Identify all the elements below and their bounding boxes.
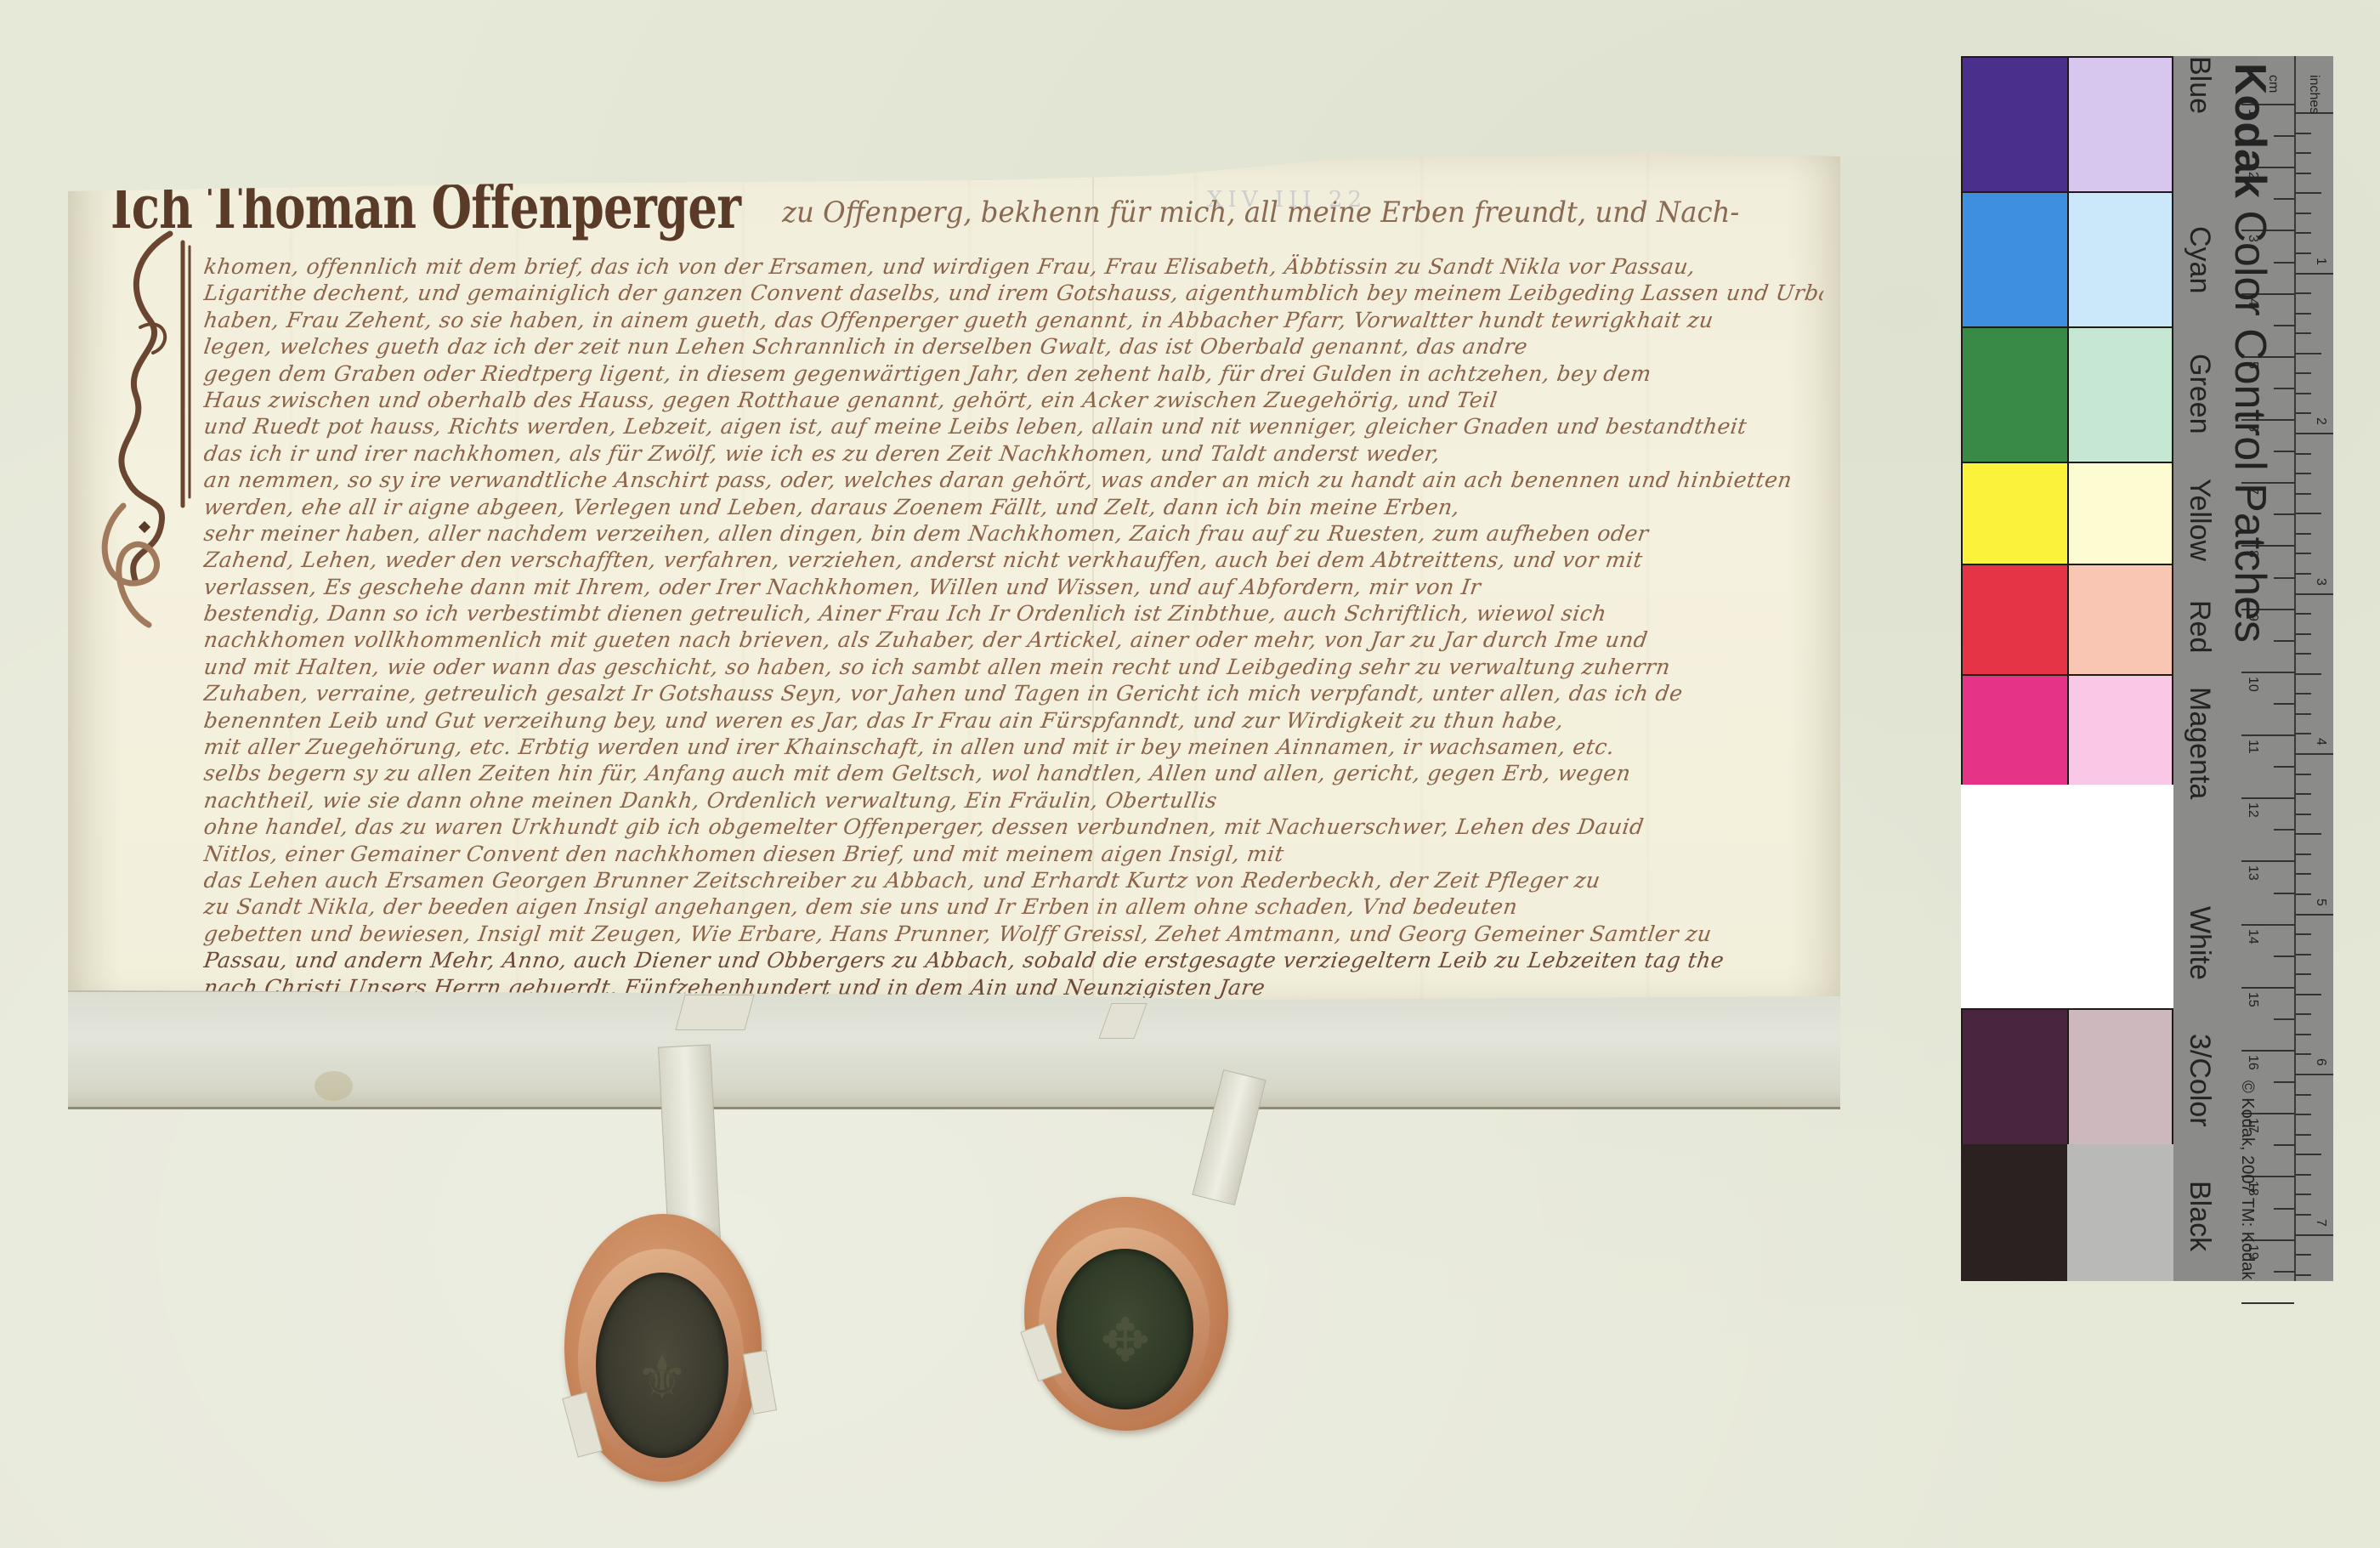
cm-tick bbox=[2274, 955, 2294, 957]
text-line: bestendig, Dann so ich verbestimbt diene… bbox=[202, 600, 1825, 627]
ruler-center-line bbox=[2294, 56, 2296, 1281]
label-green: Green bbox=[2183, 354, 2216, 434]
patch-green-light bbox=[2067, 326, 2173, 463]
cm-tick bbox=[2274, 451, 2294, 452]
inch-tick bbox=[2296, 733, 2311, 734]
inch-tick bbox=[2296, 774, 2311, 775]
text-line: das ich ir und irer nachkhomen, als für … bbox=[202, 440, 1825, 467]
inch-tick bbox=[2296, 573, 2311, 575]
inch-tick bbox=[2296, 914, 2333, 916]
text-line: und mit Halten, wie oder wann das geschi… bbox=[202, 654, 1825, 680]
cm-tick bbox=[2274, 703, 2294, 705]
inch-tick bbox=[2296, 513, 2321, 514]
text-line: sehr meiner haben, aller nachdem verzeih… bbox=[202, 520, 1825, 547]
patch-blue-light bbox=[2067, 56, 2173, 193]
charter-heading: Ich Thoman Offenperger bbox=[110, 172, 740, 242]
inch-tick-label: 7 bbox=[2313, 1219, 2328, 1227]
inch-tick bbox=[2296, 814, 2311, 815]
text-line: Zahend, Lehen, weder den verschafften, v… bbox=[202, 547, 1825, 573]
cm-tick bbox=[2274, 1081, 2294, 1083]
text-line: mit aller Zuegehörung, etc. Erbtig werde… bbox=[202, 734, 1825, 760]
cm-tick bbox=[2241, 860, 2294, 862]
inch-tick bbox=[2296, 533, 2311, 535]
cm-tick bbox=[2241, 1050, 2294, 1052]
inch-tick bbox=[2296, 633, 2311, 635]
inch-tick bbox=[2296, 1034, 2311, 1035]
inch-tick bbox=[2296, 893, 2311, 895]
inch-tick bbox=[2296, 593, 2333, 595]
inch-tick-label: 1 bbox=[2313, 258, 2328, 265]
inch-tick bbox=[2296, 1234, 2333, 1236]
patch-green-dark bbox=[1961, 326, 2069, 463]
cm-tick-label: 12 bbox=[2245, 802, 2260, 818]
cm-tick bbox=[2274, 388, 2294, 389]
cm-tick bbox=[2274, 262, 2294, 264]
label-blue: Blue bbox=[2183, 56, 2216, 114]
cm-tick bbox=[2274, 766, 2294, 768]
inch-tick bbox=[2296, 173, 2311, 174]
text-line: das Lehen auch Ersamen Georgen Brunner Z… bbox=[202, 867, 1825, 893]
text-line: haben, Frau Zehent, so sie haben, in ain… bbox=[202, 307, 1825, 333]
inch-tick bbox=[2296, 973, 2311, 975]
cm-tick bbox=[2274, 325, 2294, 326]
cm-tick bbox=[2241, 672, 2294, 673]
cm-tick bbox=[2274, 198, 2294, 200]
label-yellow: Yellow bbox=[2183, 479, 2216, 561]
inch-tick bbox=[2296, 412, 2311, 414]
text-line: Nitlos, einer Gemainer Convent den nachk… bbox=[202, 841, 1825, 867]
cm-tick bbox=[2274, 1144, 2294, 1146]
seal-strap-tab bbox=[675, 995, 754, 1030]
inch-tick bbox=[2296, 453, 2311, 455]
inch-tick bbox=[2296, 853, 2311, 855]
inch-tick bbox=[2296, 1053, 2311, 1055]
patch-magenta-dark bbox=[1961, 674, 2069, 786]
inch-tick bbox=[2296, 313, 2311, 315]
text-line: und Ruedt pot hauss, Richts werden, Lebz… bbox=[202, 413, 1825, 439]
inch-tick-label: 2 bbox=[2313, 417, 2328, 425]
cm-tick bbox=[2274, 577, 2294, 579]
inch-tick bbox=[2296, 954, 2311, 955]
inch-tick bbox=[2296, 433, 2333, 434]
text-line: an nemmen, so sy ire verwandtliche Ansch… bbox=[202, 467, 1825, 493]
ruler-strip: 123456789101112131415161718191234567 Kod… bbox=[2173, 56, 2333, 1281]
inch-tick-label: 5 bbox=[2313, 899, 2328, 906]
patch-3color-dark bbox=[1961, 1008, 2069, 1146]
inch-tick bbox=[2296, 232, 2311, 234]
text-line: khomen, offennlich mit dem brief, das ic… bbox=[202, 253, 1825, 280]
cm-tick bbox=[2274, 135, 2294, 137]
patch-cyan-light bbox=[2067, 191, 2173, 328]
kodak-copyright: © Kodak, 2007 TM: Kodak bbox=[2237, 1080, 2257, 1280]
inch-tick bbox=[2296, 1254, 2311, 1256]
label-red: Red bbox=[2183, 600, 2216, 653]
seal-1-fleur-emblem-icon: ⚜ bbox=[635, 1343, 688, 1413]
cm-tick-label: 13 bbox=[2245, 865, 2260, 881]
inch-tick bbox=[2296, 473, 2311, 474]
inch-tick bbox=[2296, 1194, 2311, 1195]
inch-tick-label: 3 bbox=[2313, 578, 2328, 586]
text-line: selbs begern sy zu allen Zeiten hin für,… bbox=[202, 760, 1825, 786]
cm-tick-label: 10 bbox=[2245, 677, 2260, 692]
inch-tick bbox=[2296, 273, 2333, 275]
cm-tick bbox=[2274, 893, 2294, 894]
inch-tick-label: 4 bbox=[2313, 738, 2328, 746]
kodak-title: Kodak Color Control Patches bbox=[2224, 63, 2275, 643]
kodak-color-control-strip: 123456789101112131415161718191234567 Kod… bbox=[1961, 56, 2333, 1281]
label-3color: 3/Color bbox=[2183, 1034, 2216, 1127]
inch-tick bbox=[2296, 252, 2311, 254]
cm-tick bbox=[2274, 1018, 2294, 1020]
cm-tick bbox=[2241, 924, 2294, 926]
text-line: verlassen, Es geschehe dann mit Ihrem, o… bbox=[202, 574, 1825, 600]
inch-tick bbox=[2296, 292, 2311, 294]
text-line: werden, ehe all ir aigne abgeen, Verlege… bbox=[202, 494, 1825, 520]
ruler-inches-label: inches bbox=[2306, 75, 2321, 114]
inch-tick bbox=[2296, 1074, 2333, 1075]
plica-stain bbox=[314, 1071, 353, 1101]
text-line: Ligarithe dechent, und gemainiglich der … bbox=[202, 280, 1825, 306]
inch-tick bbox=[2296, 713, 2311, 715]
patch-black-dark bbox=[1961, 1144, 2069, 1281]
text-line: ohne handel, das zu waren Urkhundt gib i… bbox=[202, 814, 1825, 840]
cm-tick bbox=[2241, 987, 2294, 989]
inch-tick bbox=[2296, 613, 2311, 615]
kodak-chart-title: Color Control Patches bbox=[2225, 210, 2275, 643]
inch-tick bbox=[2296, 393, 2311, 394]
label-black: Black bbox=[2183, 1181, 2216, 1251]
charter-document: XIV III 22 Ich Thoman Offenperger zu Off… bbox=[68, 153, 1840, 1118]
inch-tick bbox=[2296, 1174, 2311, 1176]
inch-tick bbox=[2296, 493, 2311, 495]
text-line: legen, welches gueth daz ich der zeit nu… bbox=[202, 333, 1825, 360]
text-line: nachtheil, wie sie dann ohne meinen Dank… bbox=[202, 787, 1825, 814]
cm-tick bbox=[2241, 734, 2294, 736]
inch-tick bbox=[2296, 1274, 2311, 1276]
charter-body-text: khomen, offennlich mit dem brief, das ic… bbox=[204, 253, 1823, 1001]
text-line: Passau, und andern Mehr, Anno, auch Dien… bbox=[202, 947, 1825, 973]
inch-tick bbox=[2296, 1154, 2321, 1155]
patch-yellow-dark bbox=[1961, 462, 2069, 575]
seal-2: ✥ bbox=[1024, 1197, 1228, 1431]
charter-heading-continuation: zu Offenperg, bekhenn für mich, all mein… bbox=[782, 196, 1739, 230]
inch-tick bbox=[2296, 1214, 2311, 1216]
patch-black-light bbox=[2067, 1144, 2173, 1281]
inch-tick bbox=[2296, 553, 2311, 554]
cm-tick bbox=[2274, 829, 2294, 831]
inch-tick bbox=[2296, 372, 2311, 374]
cm-tick bbox=[2274, 1271, 2294, 1273]
inch-tick bbox=[2296, 353, 2321, 354]
seal-1-wax-impression: ⚜ bbox=[596, 1273, 728, 1457]
seal-2-wax-impression: ✥ bbox=[1057, 1249, 1193, 1410]
inch-tick bbox=[2296, 192, 2321, 194]
cm-tick bbox=[2274, 640, 2294, 642]
text-line: nachkhomen vollkhommenlich mit gueten na… bbox=[202, 627, 1825, 653]
seal-2-emblem-icon: ✥ bbox=[1100, 1306, 1150, 1375]
cm-tick-label: 16 bbox=[2245, 1055, 2260, 1070]
text-line: gegen dem Graben oder Riedtperg ligent, … bbox=[202, 360, 1825, 387]
cm-tick bbox=[2241, 797, 2294, 799]
text-line: Zuhaben, verraine, getreulich gesalzt Ir… bbox=[202, 680, 1825, 706]
cm-tick bbox=[2274, 513, 2294, 515]
inch-tick bbox=[2296, 994, 2321, 995]
inch-tick-label: 6 bbox=[2313, 1058, 2328, 1066]
inch-tick bbox=[2296, 1094, 2311, 1096]
patch-magenta-light bbox=[2067, 674, 2173, 786]
label-cyan: Cyan bbox=[2183, 226, 2216, 293]
label-white: White bbox=[2183, 906, 2216, 980]
cm-tick-label: 15 bbox=[2245, 992, 2260, 1007]
label-magenta: Magenta bbox=[2183, 687, 2216, 799]
inch-tick bbox=[2296, 793, 2311, 795]
inch-tick bbox=[2296, 152, 2311, 154]
cm-tick-label: 11 bbox=[2245, 740, 2260, 754]
inch-tick bbox=[2296, 1114, 2311, 1115]
inch-tick bbox=[2296, 693, 2311, 695]
patch-red-dark bbox=[1961, 564, 2069, 676]
text-line: gebetten und bewiesen, Insigl mit Zeugen… bbox=[202, 921, 1825, 947]
cm-tick-label: 14 bbox=[2245, 929, 2260, 944]
cm-tick bbox=[2241, 1302, 2294, 1304]
text-line: zu Sandt Nikla, der beeden aigen Insigl … bbox=[202, 893, 1825, 920]
inch-tick bbox=[2296, 1013, 2311, 1015]
parchment-sheet: XIV III 22 Ich Thoman Offenperger zu Off… bbox=[68, 153, 1840, 1003]
inch-tick bbox=[2296, 133, 2311, 134]
patch-cyan-dark bbox=[1961, 191, 2069, 328]
text-line: benennten Leib und Gut verzeihung bey, u… bbox=[202, 707, 1825, 734]
decorated-initial-flourish-icon bbox=[89, 225, 200, 650]
inch-tick bbox=[2296, 933, 2311, 935]
inch-tick bbox=[2296, 332, 2311, 334]
patch-yellow-light bbox=[2067, 462, 2173, 575]
inch-tick bbox=[2296, 753, 2333, 755]
inch-tick bbox=[2296, 673, 2321, 675]
inch-tick bbox=[2296, 873, 2311, 875]
cm-tick bbox=[2274, 1208, 2294, 1210]
inch-tick bbox=[2296, 1134, 2311, 1136]
color-patches bbox=[1961, 56, 2173, 1281]
patch-3color-light bbox=[2067, 1008, 2173, 1146]
ruler-cm-label: cm bbox=[2265, 75, 2281, 93]
inch-tick bbox=[2296, 653, 2311, 655]
text-line: Haus zwischen und oberhalb des Hauss, ge… bbox=[202, 387, 1825, 413]
patch-blue-dark bbox=[1961, 56, 2069, 193]
patch-white bbox=[1961, 785, 2173, 1009]
inch-tick bbox=[2296, 833, 2321, 835]
inch-tick bbox=[2296, 213, 2311, 214]
patch-red-light bbox=[2067, 564, 2173, 676]
